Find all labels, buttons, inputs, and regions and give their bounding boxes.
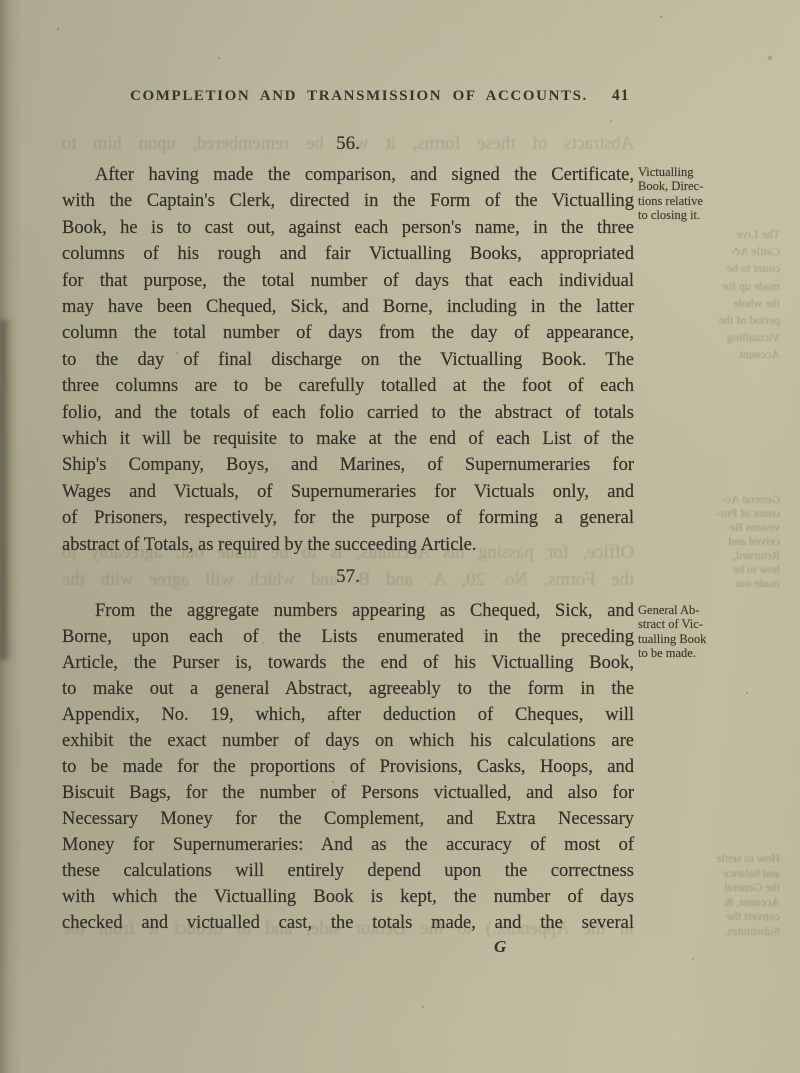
text-line: Borne, upon each of the Lists enumerated… <box>62 624 634 650</box>
bleedthrough-line: made out <box>642 576 780 590</box>
bleedthrough-line: The Live <box>642 226 780 243</box>
text-line: Article, the Purser is, towards the end … <box>62 650 634 676</box>
bleedthrough-margin-note-3: How to settleand balancethe GeneralAccou… <box>642 851 780 939</box>
margin-note-line: tions relative <box>638 194 788 208</box>
margin-note-line: tualling Book <box>638 632 788 646</box>
paragraph-57: From the aggregate numbers appearing as … <box>62 598 634 936</box>
text-line: to make out a general Abstract, agreeabl… <box>62 676 634 702</box>
text-line: which it will be requisite to make at th… <box>62 426 634 452</box>
bleedthrough-line: Cattle Ac- <box>642 243 780 260</box>
text-line: of Prisoners, respectively, for the purp… <box>62 505 634 531</box>
bleedthrough-line: ceived and <box>642 534 780 548</box>
bleedthrough-line: the whole <box>642 295 780 312</box>
bleedthrough-line: count to be <box>642 260 780 277</box>
paragraph-56: After having made the comparison, and si… <box>62 162 634 558</box>
page-gutter-shadow <box>0 0 22 1073</box>
margin-note-56: VictuallingBook, Direc-tions relativeto … <box>638 165 788 223</box>
text-line: with the Captain's Clerk, directed in th… <box>62 188 634 214</box>
text-line: may have been Chequed, Sick, and Borne, … <box>62 294 634 320</box>
text-line: for that purpose, the total number of da… <box>62 268 634 294</box>
bleedthrough-line: the General <box>642 880 780 895</box>
text-line: column the total number of days from the… <box>62 320 634 346</box>
bleedthrough-line: convert the <box>642 909 780 924</box>
bleedthrough-line: Substitutes. <box>642 924 780 939</box>
margin-note-line: to closing it. <box>638 208 788 222</box>
text-line: these calculations will entirely depend … <box>62 858 634 884</box>
text-line: From the aggregate numbers appearing as … <box>62 598 634 624</box>
text-line: abstract of Totals, as required by the s… <box>62 532 634 558</box>
text-line: folio, and the totals of each folio carr… <box>62 400 634 426</box>
margin-note-line: Victualling <box>638 165 788 179</box>
signature-mark: G <box>494 937 506 957</box>
bleedthrough-line: period of the <box>642 312 780 329</box>
bleedthrough-line: Returned, <box>642 548 780 562</box>
bleedthrough-line: and balance <box>642 866 780 881</box>
text-line: to be made for the proportions of Provis… <box>62 754 634 780</box>
bleedthrough-line: Victualling <box>642 329 780 346</box>
bleedthrough-margin-note-2: General Ac-count of Pro-visions Re-ceive… <box>642 492 780 590</box>
text-line: Wages and Victuals, of Supernumeraries f… <box>62 479 634 505</box>
text-line: Book, he is to cast out, against each pe… <box>62 215 634 241</box>
bleedthrough-line: Account. <box>642 346 780 363</box>
text-line: After having made the comparison, and si… <box>62 162 634 188</box>
bleedthrough-line: Account, & <box>642 895 780 910</box>
text-line: exhibit the exact number of days on whic… <box>62 728 634 754</box>
page-number: 41 <box>612 87 630 105</box>
margin-note-57: General Ab-stract of Vic-tualling Bookto… <box>638 603 788 661</box>
running-title: COMPLETION AND TRANSMISSION OF ACCOUNTS. <box>62 88 634 105</box>
bleedthrough-margin-note-1: The LiveCattle Ac-count to bemade up for… <box>642 226 780 364</box>
margin-note-line: stract of Vic- <box>638 617 788 631</box>
text-line: with which the Victualling Book is kept,… <box>62 884 634 910</box>
text-line: Ship's Company, Boys, and Marines, of Su… <box>62 452 634 478</box>
text-line: checked and victualled cast, the totals … <box>62 910 634 936</box>
bleedthrough-line: count of Pro- <box>642 506 780 520</box>
bleedthrough-line: how to be <box>642 562 780 576</box>
text-line: to the day of final discharge on the Vic… <box>62 347 634 373</box>
text-line: Money for Supernumeraries: And as the ac… <box>62 832 634 858</box>
text-line: Appendix, No. 19, which, after deduction… <box>62 702 634 728</box>
bleedthrough-line: How to settle <box>642 851 780 866</box>
text-line: Necessary Money for the Complement, and … <box>62 806 634 832</box>
margin-note-line: General Ab- <box>638 603 788 617</box>
bleedthrough-line: made up for <box>642 278 780 295</box>
bleedthrough-line: General Ac- <box>642 492 780 506</box>
margin-note-line: to be made. <box>638 646 788 660</box>
section-number-56: 56. <box>62 133 634 155</box>
book-page: Abstracts of these forms, it will be rem… <box>0 0 800 1073</box>
bleedthrough-line: visions Re- <box>642 520 780 534</box>
section-number-57: 57. <box>62 566 634 588</box>
text-line: three columns are to be carefully totall… <box>62 373 634 399</box>
text-line: columns of his rough and fair Victuallin… <box>62 241 634 267</box>
text-line: Biscuit Bags, for the number of Persons … <box>62 780 634 806</box>
margin-note-line: Book, Direc- <box>638 179 788 193</box>
